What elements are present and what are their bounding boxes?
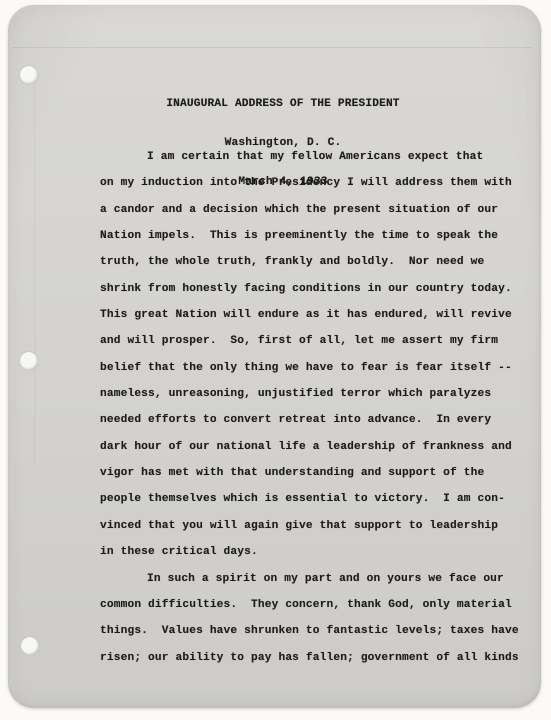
document-line: vigor has met with that understanding an… [100,460,520,486]
document-line: dark hour of our national life a leaders… [100,434,520,460]
document-line: people themselves which is essential to … [100,486,520,512]
document-line: in these critical days. [100,539,520,565]
document-line: In such a spirit on my part and on yours… [100,566,520,592]
document-line: a candor and a decision which the presen… [100,197,520,223]
document-line: I am certain that my fellow Americans ex… [100,144,520,170]
hole-punch-middle [20,352,38,370]
document-line: things. Values have shrunken to fantasti… [100,618,520,644]
document-line: This great Nation will endure as it has … [100,302,520,328]
document-line: Nation impels. This is preeminently the … [100,223,520,249]
document-body: I am certain that my fellow Americans ex… [100,144,520,671]
document-line: belief that the only thing we have to fe… [100,355,520,381]
hole-punch-top [20,66,38,84]
paper-crease-vertical [34,63,35,463]
document-page: INAUGURAL ADDRESS OF THE PRESIDENT Washi… [8,5,541,708]
document-line: nameless, unreasoning, unjustified terro… [100,381,520,407]
document-line: common difficulties. They concern, thank… [100,592,520,618]
document-line: on my induction into the Presidency I wi… [100,170,520,196]
document-line: and will prosper. So, first of all, let … [100,328,520,354]
document-title: INAUGURAL ADDRESS OF THE PRESIDENT [100,98,466,111]
paper-crease-horizontal [12,47,532,48]
document-line: shrink from honestly facing conditions i… [100,276,520,302]
document-line: vinced that you will again give that sup… [100,513,520,539]
scanned-document: INAUGURAL ADDRESS OF THE PRESIDENT Washi… [0,0,551,720]
document-line: truth, the whole truth, frankly and bold… [100,249,520,275]
hole-punch-bottom [21,637,39,655]
document-line: risen; our ability to pay has fallen; go… [100,645,520,671]
document-line: needed efforts to convert retreat into a… [100,407,520,433]
